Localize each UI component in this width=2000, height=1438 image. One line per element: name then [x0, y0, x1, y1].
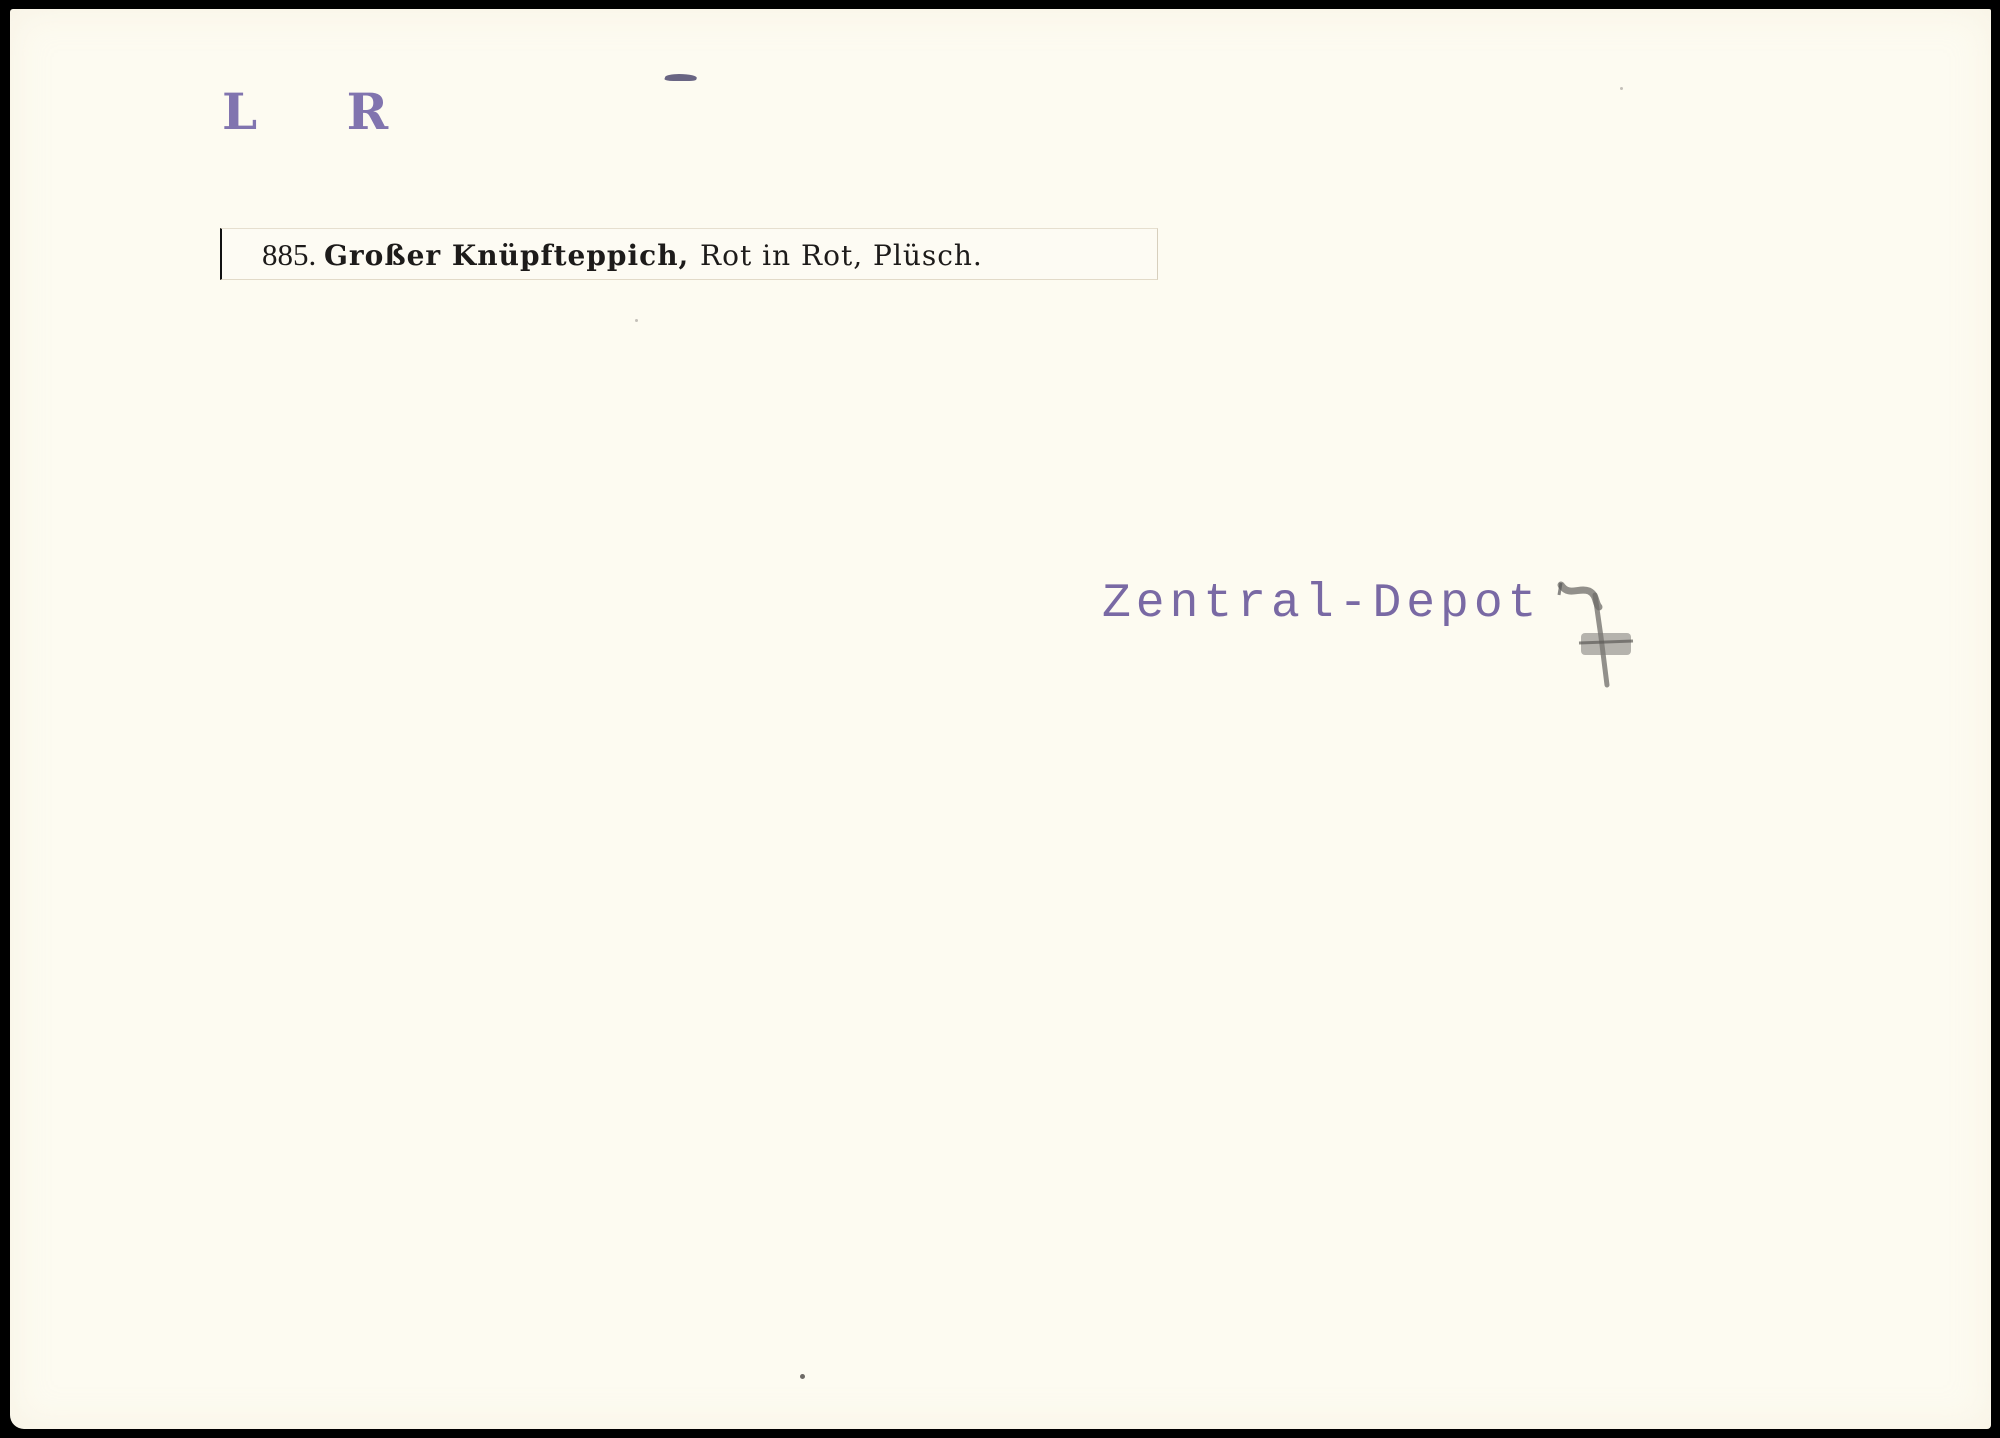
catalog-description: Rot in Rot, Plüsch.: [700, 239, 983, 272]
paper-speck: [1620, 87, 1623, 90]
catalog-number: 885.: [262, 237, 324, 272]
depot-stamp: Zentral-Depot: [1102, 580, 1541, 628]
ink-smudge-icon: [664, 74, 699, 81]
paper-speck: [635, 319, 638, 322]
paper-speck: [800, 1374, 805, 1379]
catalog-label-strip: 885. Großer Knüpfteppich, Rot in Rot, Pl…: [220, 228, 1158, 280]
index-card: L R 885. Großer Knüpfteppich, Rot in Rot…: [10, 9, 1991, 1429]
pencil-seven-icon: [1555, 577, 1645, 689]
catalog-label-text: 885. Großer Knüpfteppich, Rot in Rot, Pl…: [262, 235, 983, 276]
catalog-title: Großer Knüpfteppich,: [324, 239, 700, 272]
initials-stamp: L R: [222, 87, 424, 137]
